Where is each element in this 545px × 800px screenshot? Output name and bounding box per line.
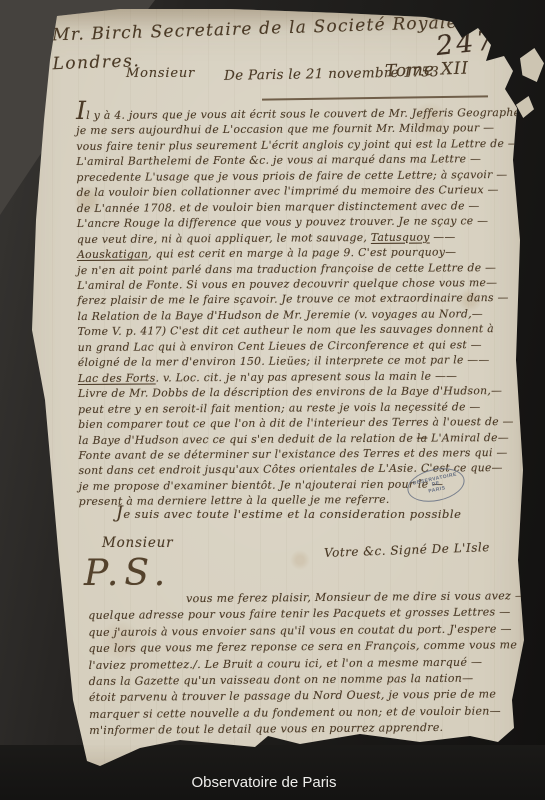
torn-paper-fragment: [516, 96, 534, 118]
stamp-line-3: PARIS: [428, 486, 446, 495]
closing-salutation: Monsieur: [102, 535, 173, 551]
folio-page-number: 247: [435, 25, 498, 62]
manuscript-line: m'informer de tout le detail que vous en…: [89, 719, 527, 739]
salutation: Monsieur: [126, 66, 195, 81]
tome-number: Tome XII: [385, 59, 469, 82]
manuscript-line: L'ancre Rouge la difference que vous y p…: [77, 213, 536, 232]
address-line-1: à Mr. Birch Secretaire de la Societé Roy…: [34, 13, 458, 46]
letter-body: Il y à 4. jours que je vous ait écrit so…: [76, 100, 538, 510]
manuscript-paper: à Mr. Birch Secretaire de la Societé Roy…: [0, 0, 545, 800]
signature: Votre &c. Signé De L'Isle: [324, 540, 490, 560]
archive-caption: Observatoire de Paris: [0, 774, 528, 791]
closing-formula: Je suis avec toute l'estime et la consid…: [116, 503, 461, 523]
torn-paper-fragment: [520, 48, 544, 82]
scan-canvas: à Mr. Birch Secretaire de la Societé Roy…: [0, 0, 545, 800]
manuscript-line: sont dans cet endroit jusqu'aux Côtes or…: [79, 460, 538, 479]
postscript-label: P.S.: [84, 553, 171, 594]
background-floor: [0, 745, 545, 800]
postscript-body: vous me ferez plaisir, Monsieur de me di…: [88, 588, 527, 739]
manuscript-line: éloigné de la mer d'environ 150. Lieües;…: [78, 352, 537, 371]
